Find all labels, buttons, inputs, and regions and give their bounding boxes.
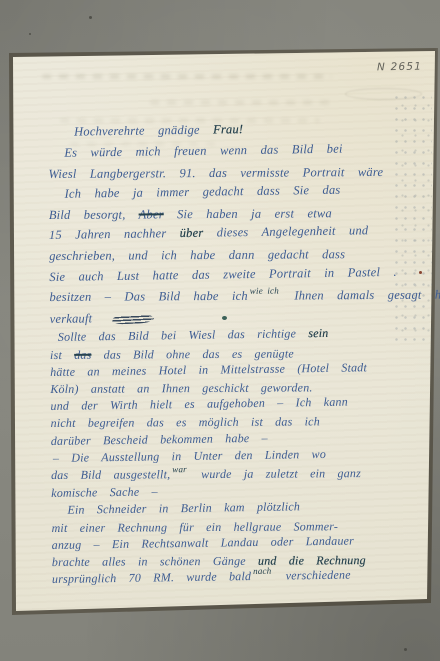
text-segment: Aber — [139, 207, 164, 221]
archive-number: N 2651 — [377, 61, 422, 74]
text-segment: geschrieben, und ich habe dann gedacht d… — [49, 247, 345, 263]
letter-line: Ich habe ja immer gedacht dass Sie das — [48, 179, 424, 205]
bleedthrough-mark — [150, 100, 330, 105]
text-segment: Frau! — [213, 122, 243, 136]
text-segment: war — [172, 464, 187, 474]
text-segment: und der Wirth hielt es aufgehoben – Ich … — [50, 395, 348, 413]
text-segment: besitzen – Das Bild habe ich — [49, 289, 247, 304]
text-segment: Ihnen damals gesagt habe — [281, 288, 440, 303]
background-speck — [89, 16, 92, 19]
text-segment: nach — [253, 566, 271, 576]
scribble-strikeout — [111, 313, 153, 324]
text-segment: Ein Schneider in Berlin kam plötzlich — [67, 500, 300, 517]
text-segment: Es würde mich freuen wenn das Bild bei — [64, 142, 343, 160]
text-segment: über — [180, 226, 204, 240]
text-segment: ursprünglich 70 RM. wurde bald — [52, 569, 251, 586]
text-segment: Hochverehrte gnädige — [74, 123, 213, 139]
text-segment: mit einer Rechnung für ein hellgraue Som… — [51, 519, 338, 535]
text-segment: Bild besorgt, — [49, 207, 139, 222]
text-segment: verkauft — [50, 311, 106, 326]
background-speck — [404, 648, 407, 651]
letter-line: ursprünglich 70 RM. wurde baldnach versc… — [52, 566, 428, 590]
paragraph: Ein Schneider in Berlin kam plötzlichmit… — [51, 499, 428, 589]
text-segment: anzug – Ein Rechtsanwalt Landau oder Lan… — [52, 533, 355, 551]
letter-line: Sollte das Bild bei Wiesl das richtige s… — [50, 324, 426, 347]
text-segment: wie ich — [250, 286, 279, 296]
paragraph: – Die Ausstellung in Unter den Linden wo… — [51, 446, 427, 502]
text-segment: das Bild ausgestellt, — [51, 467, 170, 482]
text-segment: nicht begreifen das es möglich ist das i… — [51, 415, 320, 431]
background-speck — [29, 33, 31, 35]
text-segment: verschiedene — [273, 568, 350, 583]
letter-line: Es würde mich freuen wenn das Bild bei — [48, 137, 424, 163]
text-segment: Sie haben ja erst etwa — [164, 206, 332, 221]
text-segment: Köln) anstatt an Ihnen geschickt geworde… — [50, 380, 312, 396]
text-segment: wurde ja zuletzt ein ganz — [189, 466, 361, 481]
paragraph: Ich habe ja immer gedacht dass Sie dasBi… — [49, 181, 426, 329]
text-segment: brachte alles in schönen Gänge — [52, 554, 258, 569]
text-segment: Sie auch Lust hatte das zweite Portrait … — [49, 264, 397, 283]
text-segment: Wiesl Langbergerstr. 91. das vermisste P… — [48, 165, 383, 181]
letter-line: 15 Jahren nachher über dieses Angelegenh… — [49, 220, 425, 246]
letter-line: Ein Schneider in Berlin kam plötzlich — [51, 497, 427, 520]
letter-body: Hochverehrte gnädige Frau!Es würde mich … — [48, 119, 428, 590]
text-segment: komische Sache – — [51, 485, 158, 501]
text-segment: das — [74, 347, 91, 361]
text-segment: Sollte das Bild bei Wiesl das richtige — [58, 327, 309, 345]
text-segment: und die Rechnung — [258, 553, 366, 568]
text-segment: 15 Jahren nachher — [49, 226, 180, 242]
text-segment: sein — [308, 326, 328, 340]
text-segment: Ich habe ja immer gedacht dass Sie das — [65, 183, 341, 201]
text-segment: ist — [50, 347, 74, 361]
text-segment: das Bild ohne das es genügte — [91, 346, 294, 361]
bleedthrough-mark — [42, 74, 332, 79]
paragraph: Es würde mich freuen wenn das Bild beiWi… — [48, 140, 424, 184]
paragraph: Sollte das Bild bei Wiesl das richtige s… — [50, 326, 427, 450]
text-segment: hätte an meines Hotel in Mittelstrasse (… — [50, 360, 367, 379]
text-segment: darüber Bescheid bekommen habe – — [51, 430, 268, 447]
letter-scan: N 2651 Hochverehrte gnädige Frau!Es würd… — [0, 0, 440, 661]
text-segment: – Die Ausstellung in Unter den Linden wo — [53, 447, 326, 465]
text-segment: dieses Angelegenheit und — [203, 224, 368, 240]
